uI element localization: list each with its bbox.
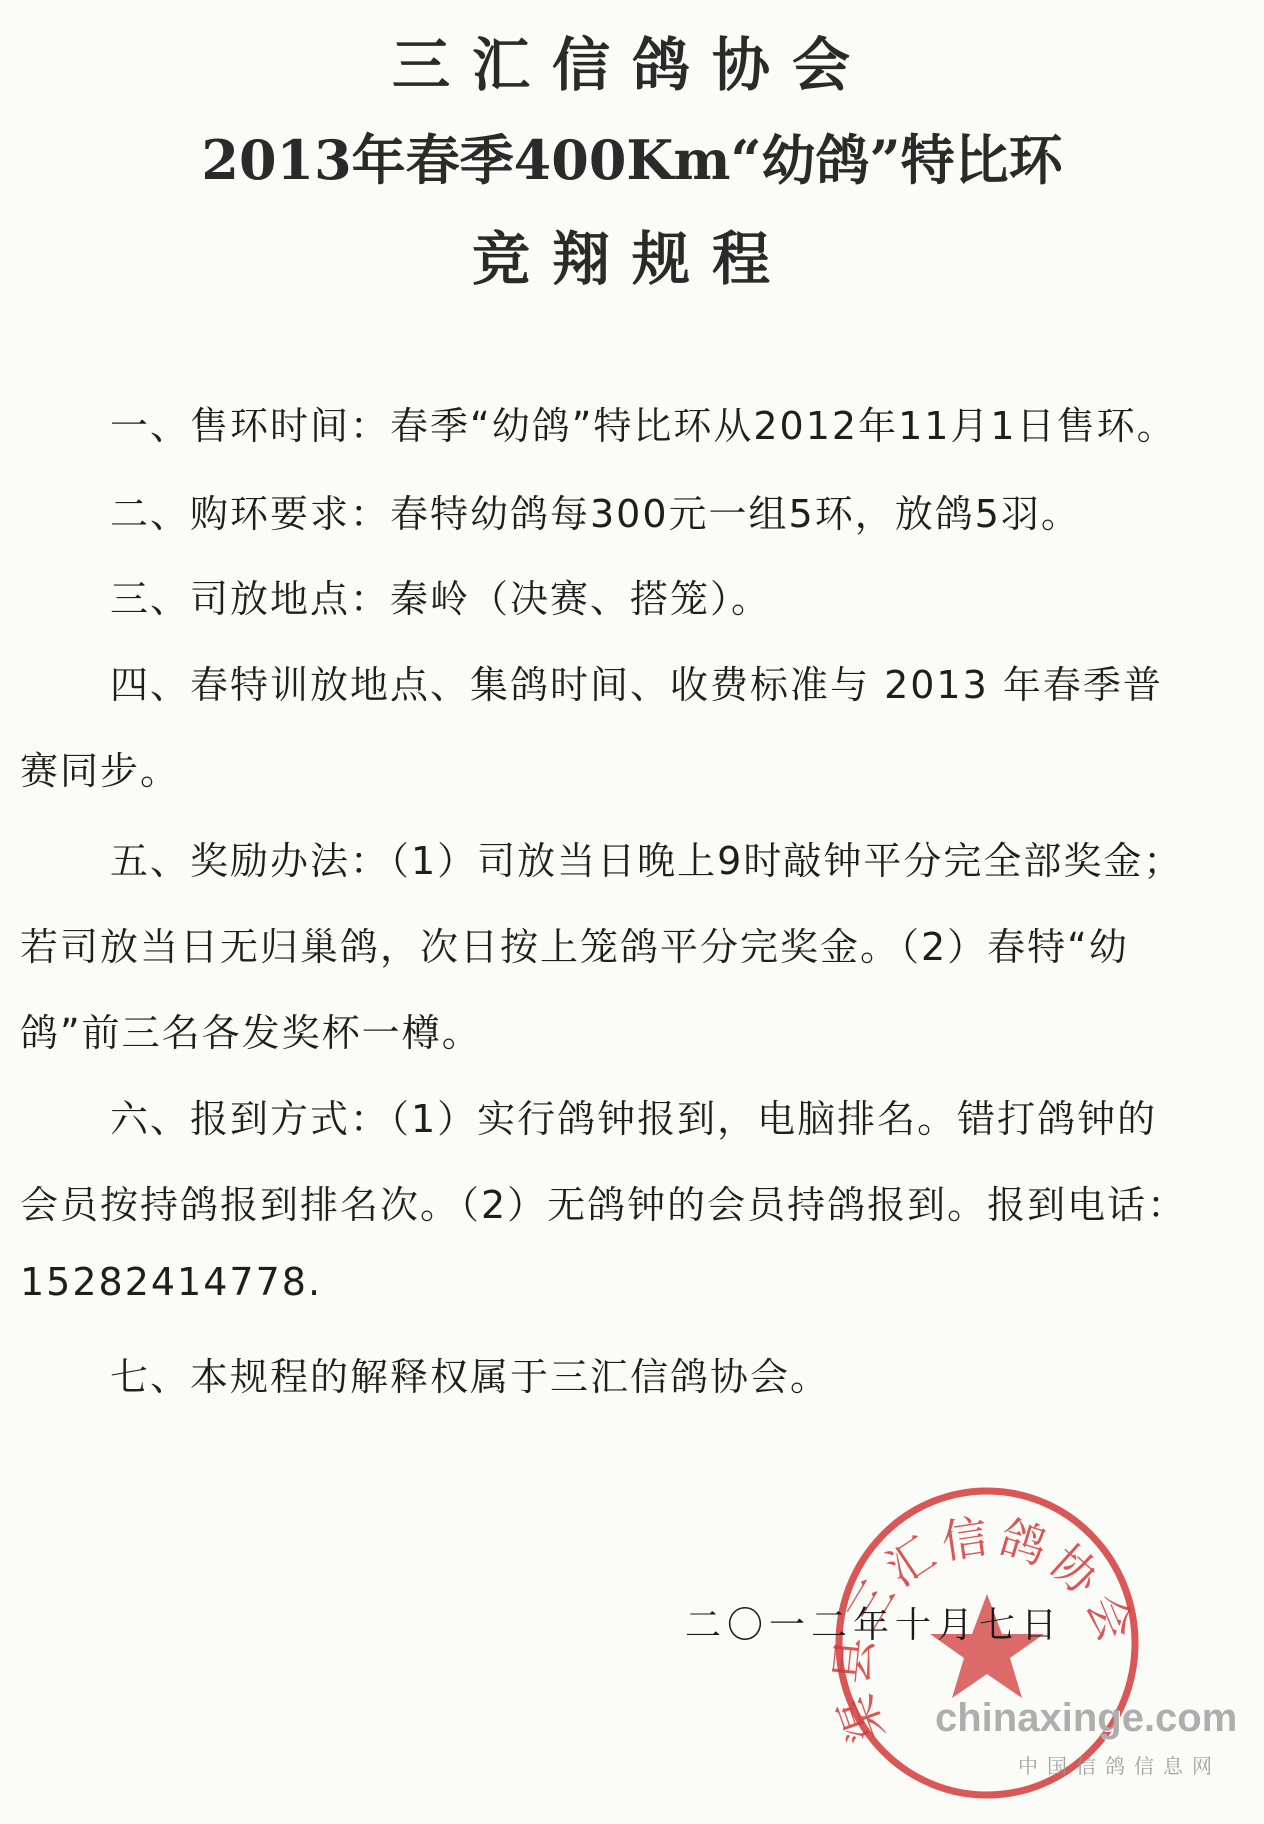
- subtitle-heading: 2013年春季400Km“幼鸽”特比环: [0, 118, 1264, 195]
- item-5-line-1: 五、奖励办法：（1）司放当日晚上9时敲钟平分完全部奖金；: [110, 830, 1183, 885]
- item-6-line-3: 15282414778.: [20, 1260, 322, 1304]
- watermark-domain: chinaxinge.com: [935, 1696, 1237, 1741]
- item-2-line-1: 二、购环要求：春特幼鸽每300元一组5环，放鸽5羽。: [110, 483, 1081, 538]
- document-date: 二〇一二年十月七日: [685, 1597, 1063, 1648]
- item-4-line-1: 四、春特训放地点、集鸽时间、收费标准与 2013 年春季普: [110, 654, 1163, 709]
- item-5-line-2: 若司放当日无归巢鸽，次日按上笼鸽平分完奖金。（2）春特“幼: [20, 916, 1129, 971]
- watermark-site-name: 中国信鸽信息网: [1018, 1750, 1221, 1779]
- item-3-line-1: 三、司放地点：秦岭（决赛、搭笼）。: [110, 568, 771, 623]
- item-4-line-2: 赛同步。: [20, 740, 180, 795]
- item-5-line-3: 鸽”前三名各发奖杯一樽。: [20, 1002, 482, 1057]
- item-6-line-1: 六、报到方式：（1）实行鸽钟报到，电脑排名。错打鸽钟的: [110, 1088, 1157, 1143]
- item-6-line-2: 会员按持鸽报到排名次。（2）无鸽钟的会员持鸽报到。报到电话：: [20, 1174, 1187, 1229]
- item-7-line-1: 七、本规程的解释权属于三汇信鸽协会。: [110, 1346, 830, 1401]
- org-name-heading: 三汇信鸽协会: [0, 18, 1264, 102]
- doc-title-heading: 竞翔规程: [0, 212, 1264, 296]
- item-1-line-1: 一、售环时间：春季“幼鸽”特比环从2012年11月1日售环。: [110, 395, 1177, 450]
